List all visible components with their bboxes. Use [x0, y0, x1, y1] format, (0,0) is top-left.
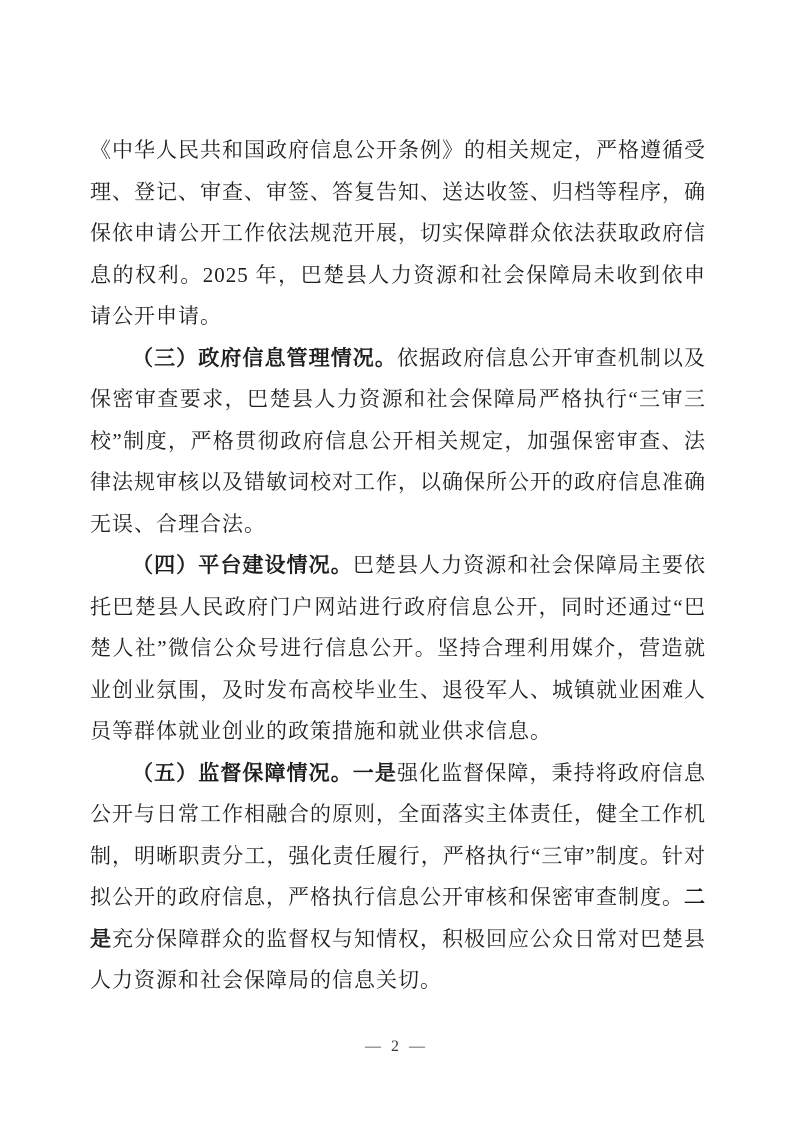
page-number: — 2 — — [365, 1038, 428, 1055]
paragraph-continuation: 《中华人民共和国政府信息公开条例》的相关规定，严格遵循受理、登记、审查、审签、答… — [90, 130, 706, 338]
page-footer: — 2 — — [0, 1034, 793, 1060]
body-text: 依据政府信息公开审查机制以及保密审查要求，巴楚县人力资源和社会保障局严格执行“三… — [90, 346, 706, 536]
section-3-heading: （三）政府信息管理情况。 — [132, 346, 397, 370]
body-text: 《中华人民共和国政府信息公开条例》的相关规定，严格遵循受理、登记、审查、审签、答… — [90, 138, 706, 328]
paragraph-section-5: （五）监督保障情况。一是强化监督保障，秉持将政府信息公开与日常工作相融合的原则，… — [90, 753, 706, 1002]
section-4-heading: （四）平台建设情况。 — [132, 553, 353, 577]
document-body: 《中华人民共和国政府信息公开条例》的相关规定，严格遵循受理、登记、审查、审签、答… — [90, 130, 706, 1002]
body-text: 充分保障群众的监督权与知情权，积极回应公众日常对巴楚县人力资源和社会保障局的信息… — [90, 927, 706, 993]
section-5-heading: （五）监督保障情况。一是 — [132, 761, 397, 785]
document-page: 《中华人民共和国政府信息公开条例》的相关规定，严格遵循受理、登记、审查、审签、答… — [0, 0, 793, 1122]
paragraph-section-3: （三）政府信息管理情况。依据政府信息公开审查机制以及保密审查要求，巴楚县人力资源… — [90, 338, 706, 546]
paragraph-section-4: （四）平台建设情况。巴楚县人力资源和社会保障局主要依托巴楚县人民政府门户网站进行… — [90, 545, 706, 753]
body-text: 巴楚县人力资源和社会保障局主要依托巴楚县人民政府门户网站进行政府信息公开，同时还… — [90, 553, 706, 743]
